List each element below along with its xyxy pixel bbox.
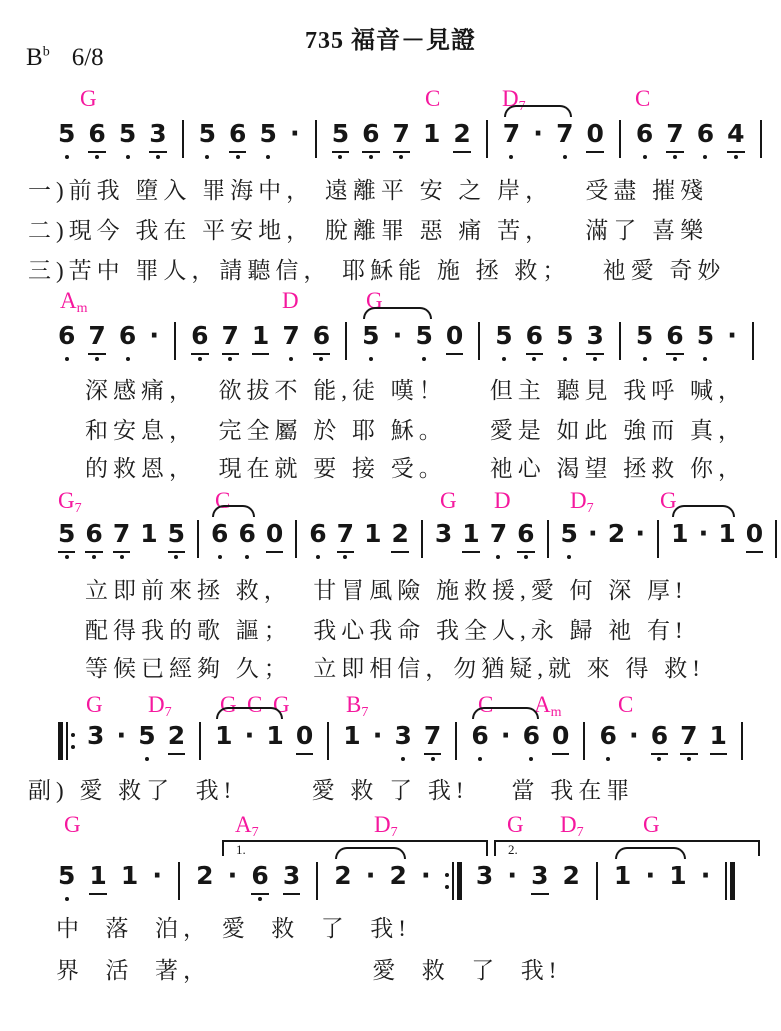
rest-note: 0 [746,520,763,553]
augmentation-dot: · [245,722,255,753]
note-digit: 5 [495,322,512,353]
hymn-number: 735 [305,28,344,54]
chord-B7: B7 [346,692,368,720]
rest-note: 0 [586,120,603,153]
rest-note: 0 [446,322,463,355]
note-digit: 6 [251,862,268,895]
time-signature: 6/8 [72,44,104,71]
chord-row-5: GA7D7GD7G [0,812,781,840]
note-digit: 6 [119,322,136,353]
augmentation-dot: · [152,862,162,890]
note-digit: 6 [526,322,543,355]
lyric-line-verse3: 的救恩， 現在就 要 接 受。 祂心 渴望 拯救 你， [85,450,746,483]
chord-A7: A7 [235,812,259,840]
note-digit: 1 [364,520,381,551]
lyric-line-verse1: 一)前我 墮入 罪海中， 遠離平 安 之 岸， 受盡 摧殘 [28,172,708,205]
augmentation-dot: · [290,120,300,148]
augmentation-dot: · [701,862,711,890]
music-line-5: 511·2·632·2·3·321·1· [58,862,735,912]
note-digit: 7 [222,322,239,355]
chord-row-1: GCD7C [0,86,781,114]
barline [775,520,777,558]
lyric-line-refrain-2: 界 活 著， 愛 救 了 我! [56,952,561,985]
note-digit: 5 [58,520,75,553]
augmentation-dot: · [699,520,709,551]
augmentation-dot: · [421,862,431,890]
note-digit: 1 [140,520,157,551]
augmentation-dot: · [373,722,383,750]
barline [178,862,180,900]
barline [547,520,549,558]
note-digit: 1 [121,862,138,893]
chord-D7: D7 [560,812,584,840]
lyric-line-verse3: 等候已經夠 久； 立即相信，勿猶疑,就 來 得 救! [85,650,705,683]
note-digit: 1 [671,520,688,551]
chord-suffix: m [77,301,88,316]
hymn-title: 福音－見證 [351,28,476,54]
lyric-line-verse1: 立即前來拯 救， 甘冒風險 施救援,愛 何 深 厚! [85,572,688,605]
chord-row-4: GD7GCGB7CAmC [0,692,781,720]
chord-suffix: 7 [391,825,398,840]
note-digit: 7 [88,322,105,355]
chord-C: C [635,86,650,112]
key-signature: Bb6/8 [26,44,104,72]
augmentation-dot: · [588,520,598,548]
chord-G: G [80,86,97,112]
note-digit: 7 [666,120,683,153]
note-digit: 7 [393,120,410,153]
note-digit: 1 [343,722,360,753]
chord-suffix: m [551,705,562,720]
bar-stroke [66,722,68,760]
lyric-line-verse1: 深感痛， 欲拔不 能,徒 嘆！ 但主 聽見 我呼 喊， [85,372,746,405]
note-digit: 5 [259,120,276,151]
augmentation-dot: · [507,862,517,890]
key-letter: B [26,44,43,71]
note-digit: 4 [727,120,744,153]
note-digit: 6 [636,120,653,151]
note-digit: 6 [362,120,379,153]
chord-G: G [86,692,103,718]
note-digit: 7 [282,322,299,353]
note-digit: 5 [199,120,216,151]
bar-stroke [725,862,727,900]
note-digit: 1 [215,722,232,753]
note-digit: 2 [391,520,408,553]
chord-suffix: 7 [587,501,594,516]
augmentation-dot: · [393,322,403,353]
note-digit: 3 [586,322,603,355]
note-digit: 6 [599,722,616,753]
chord-D: D [282,288,299,314]
chord-Am: Am [60,288,88,316]
bar-stroke [457,862,462,900]
note-digit: 3 [87,722,104,753]
barline [596,862,598,900]
music-line-2: 676·671765·505653565· [58,322,756,372]
barline [657,520,659,558]
note-digit: 3 [395,722,412,753]
note-digit: 6 [523,722,540,753]
note-digit: 6 [517,520,534,553]
key-accidental-flat: b [43,45,50,60]
chord-C: C [425,86,440,112]
augmentation-dot: · [228,862,238,890]
note-digit: 5 [415,322,432,353]
note-digit: 7 [503,120,520,151]
note-digit: 1 [89,862,106,895]
lyric-line-verse3: 三)苦中 罪人，請聽信， 耶穌能 施 拯 救； 祂愛 奇妙 [28,252,725,285]
note-digit: 6 [229,120,246,153]
note-digit: 2 [563,862,580,893]
augmentation-dot: · [501,722,511,753]
barline [197,520,199,558]
barline [455,722,457,760]
note-digit: 6 [58,322,75,353]
chord-G7: G7 [58,488,82,516]
note-digit: 5 [561,520,578,551]
first-ending-label: 1. [236,842,246,858]
barline [478,322,480,360]
chord-G: G [643,812,660,838]
note-digit: 1 [718,520,735,551]
music-line-4: 3·521·101·376·606·671 [58,722,745,772]
note-digit: 7 [424,722,441,755]
chord-C: C [618,692,633,718]
chord-G: G [440,488,457,514]
note-digit: 5 [556,322,573,353]
slur-tie-arc: 1·1 [215,722,284,753]
chord-row-3: G7CGDD7G [0,488,781,516]
lyric-line-verse2: 二)現今 我在 平安地， 脫離罪 惡 痛 苦， 滿了 喜樂 [28,212,708,245]
repeat-dots [445,873,449,889]
barline [619,120,621,158]
lyric-line-verse2: 和安息， 完全屬 於 耶 穌。 愛是 如此 強而 真， [85,412,746,445]
sheet-music-page: 735 福音－見證 Bb6/8 GCD7C 5653565·567127·706… [0,0,781,1031]
music-line-3: 56715660671231765·2·1·10 [58,520,779,570]
augmentation-dot: · [629,722,639,750]
note-digit: 5 [697,322,714,353]
note-digit: 5 [58,120,75,151]
barline [752,322,754,360]
note-digit: 1 [614,862,631,893]
note-digit: 6 [211,520,228,551]
note-digit: 6 [85,520,102,553]
slur-tie-arc: 6·6 [471,722,540,753]
bar-stroke [730,862,735,900]
rest-note: 0 [552,722,569,755]
chord-D: D [494,488,511,514]
note-digit: 2 [453,120,470,153]
note-digit: 1 [710,722,727,755]
repeat-end-bar [445,862,462,900]
chord-suffix: 7 [252,825,259,840]
slur-tie-arc: 1·1 [671,520,736,551]
chord-D7: D7 [374,812,398,840]
note-digit: 6 [666,322,683,355]
lyric-line-verse2: 配得我的歌 謳； 我心我命 我全人,永 歸 祂 有! [85,612,688,645]
chord-D7: D7 [570,488,594,516]
note-digit: 6 [309,520,326,551]
note-digit: 6 [88,120,105,153]
second-ending-label: 2. [508,842,518,858]
note-digit: 5 [636,322,653,353]
note-digit: 2 [608,520,625,551]
note-digit: 5 [332,120,349,153]
note-digit: 3 [476,862,493,893]
note-digit: 3 [283,862,300,895]
bar-stroke [452,862,454,900]
slur-tie-arc: 1·1 [614,862,687,893]
note-digit: 5 [58,862,75,893]
note-digit: 5 [138,722,155,753]
chord-D7: D7 [148,692,172,720]
note-digit: 1 [266,722,283,753]
augmentation-dot: · [149,322,159,350]
page-title: 735 福音－見證 [0,20,781,55]
note-digit: 2 [196,862,213,893]
repeat-start-bar [58,722,75,760]
barline [486,120,488,158]
barline [583,722,585,760]
augmentation-dot: · [533,120,543,151]
note-digit: 2 [334,862,351,893]
augmentation-dot: · [635,520,645,548]
barline [315,120,317,158]
slur-tie-arc: 7·7 [503,120,574,151]
chord-suffix: 7 [577,825,584,840]
rest-note: 0 [296,722,313,755]
slur-tie-arc: 66 [211,520,256,551]
chord-suffix: 7 [75,501,82,516]
barline [741,722,743,760]
note-digit: 7 [490,520,507,551]
note-digit: 5 [119,120,136,151]
note-digit: 6 [238,520,255,551]
note-digit: 6 [191,322,208,355]
slur-tie-arc: 5·5 [362,322,433,353]
note-digit: 1 [462,520,479,553]
augmentation-dot: · [366,862,376,893]
note-digit: 3 [149,120,166,153]
note-digit: 7 [680,722,697,755]
barline [316,862,318,900]
note-digit: 5 [362,322,379,353]
note-digit: 1 [252,322,269,355]
augmentation-dot: · [645,862,655,893]
note-digit: 6 [471,722,488,753]
augmentation-dot: · [116,722,126,750]
note-digit: 1 [669,862,686,893]
lyric-line-refrain: 副) 愛 救了 我! 愛 救 了 我! 當 我在罪 [28,772,634,805]
note-digit: 6 [697,120,714,151]
chord-suffix: 7 [361,705,368,720]
barline [345,322,347,360]
note-digit: 2 [168,722,185,755]
note-digit: 6 [651,722,668,755]
note-digit: 3 [435,520,452,551]
chord-G: G [64,812,81,838]
bar-stroke [58,722,63,760]
music-line-1: 5653565·567127·706764 [58,120,764,170]
rest-note: 0 [266,520,283,553]
chord-suffix: 7 [165,705,172,720]
note-digit: 2 [390,862,407,893]
repeat-dots [71,733,75,749]
lyric-line-refrain-1: 中 落 泊， 愛 救 了 我! [56,910,411,943]
note-digit: 6 [313,322,330,355]
augmentation-dot: · [727,322,737,350]
barline [174,322,176,360]
barline [421,520,423,558]
barline [182,120,184,158]
barline [327,722,329,760]
barline [199,722,201,760]
barline [619,322,621,360]
note-digit: 7 [113,520,130,553]
slur-tie-arc: 2·2 [334,862,407,893]
barline [295,520,297,558]
note-digit: 5 [168,520,185,553]
final-barline [725,862,735,900]
barline [760,120,762,158]
note-digit: 7 [556,120,573,151]
chord-G: G [507,812,524,838]
note-digit: 3 [531,862,548,895]
note-digit: 1 [423,120,440,151]
note-digit: 7 [337,520,354,553]
